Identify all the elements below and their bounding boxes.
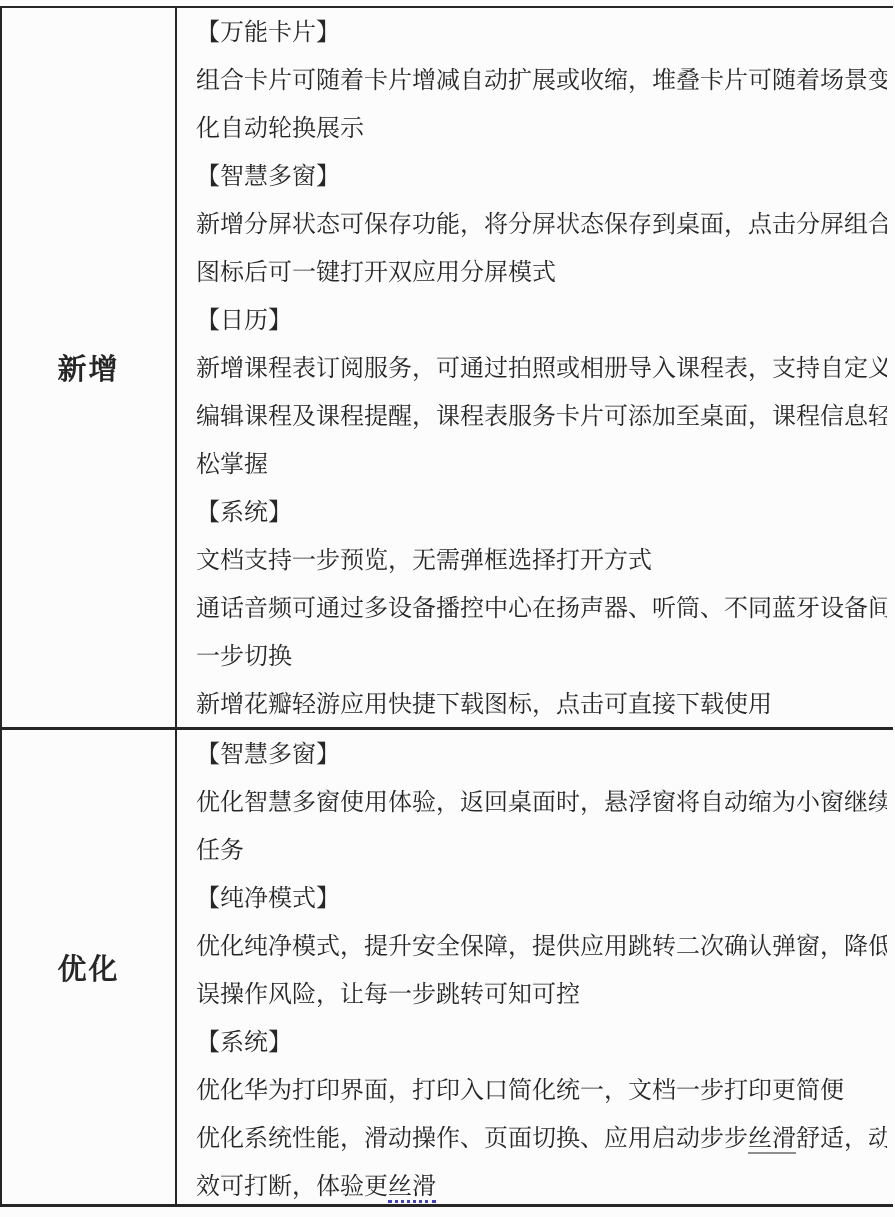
feature-line: 误操作风险，让每一步跳转可知可控 [196, 971, 887, 1019]
row-label-cell: 新增 [2, 8, 177, 727]
row-label-cell: 优化 [2, 730, 177, 1204]
row-content-cell: 【智慧多窗】优化智慧多窗使用体验，返回桌面时，悬浮窗将自动缩为小窗继续任务【纯净… [177, 730, 893, 1204]
feature-line: 新增课程表订阅服务，可通过拍照或相册导入课程表，支持自定义 [196, 345, 887, 393]
feature-line: 【系统】 [196, 1019, 887, 1067]
row-label: 新增 [57, 347, 119, 388]
changelog-table: 新增【万能卡片】组合卡片可随着卡片增减自动扩展或收缩，堆叠卡片可随着场景变化自动… [0, 6, 893, 1207]
row-content-cell: 【万能卡片】组合卡片可随着卡片增减自动扩展或收缩，堆叠卡片可随着场景变化自动轮换… [177, 8, 893, 727]
feature-line: 优化系统性能，滑动操作、页面切换、应用启动步步丝滑舒适，动 [196, 1115, 887, 1163]
feature-line: 一步切换 [196, 633, 887, 681]
table-row: 优化【智慧多窗】优化智慧多窗使用体验，返回桌面时，悬浮窗将自动缩为小窗继续任务【… [2, 730, 893, 1204]
feature-line: 通话音频可通过多设备播控中心在扬声器、听筒、不同蓝牙设备间 [196, 585, 887, 633]
feature-line: 任务 [196, 827, 887, 875]
feature-line: 新增花瓣轻游应用快捷下载图标，点击可直接下载使用 [196, 681, 887, 727]
text-segment: 效可打断，体验更 [196, 1173, 388, 1200]
feature-line: 【系统】 [196, 489, 887, 537]
text-segment: 舒适，动 [796, 1125, 887, 1152]
feature-line: 优化华为打印界面，打印入口简化统一，文档一步打印更简便 [196, 1067, 887, 1115]
feature-line: 【纯净模式】 [196, 875, 887, 923]
feature-line: 松掌握 [196, 441, 887, 489]
underlined-text: 丝滑 [388, 1173, 436, 1203]
feature-line: 【智慧多窗】 [196, 153, 887, 201]
feature-line: 优化纯净模式，提升安全保障，提供应用跳转二次确认弹窗，降低 [196, 923, 887, 971]
table-row: 新增【万能卡片】组合卡片可随着卡片增减自动扩展或收缩，堆叠卡片可随着场景变化自动… [2, 8, 893, 730]
row-label: 优化 [57, 947, 119, 988]
feature-line: 编辑课程及课程提醒，课程表服务卡片可添加至桌面，课程信息轻 [196, 393, 887, 441]
feature-line: 【万能卡片】 [196, 9, 887, 57]
feature-line: 效可打断，体验更丝滑 [196, 1163, 887, 1204]
feature-line: 【日历】 [196, 297, 887, 345]
feature-line: 【智慧多窗】 [196, 731, 887, 779]
underlined-text: 丝滑 [748, 1125, 796, 1154]
feature-line: 文档支持一步预览，无需弹框选择打开方式 [196, 537, 887, 585]
feature-line: 图标后可一键打开双应用分屏模式 [196, 249, 887, 297]
feature-line: 优化智慧多窗使用体验，返回桌面时，悬浮窗将自动缩为小窗继续 [196, 779, 887, 827]
feature-line: 新增分屏状态可保存功能，将分屏状态保存到桌面，点击分屏组合 [196, 201, 887, 249]
text-segment: 优化系统性能，滑动操作、页面切换、应用启动步步 [196, 1125, 748, 1152]
feature-line: 化自动轮换展示 [196, 105, 887, 153]
feature-line: 组合卡片可随着卡片增减自动扩展或收缩，堆叠卡片可随着场景变 [196, 57, 887, 105]
